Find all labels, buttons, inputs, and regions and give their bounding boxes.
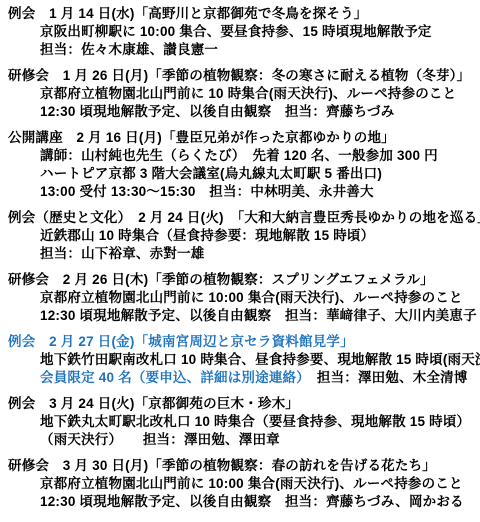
event-heading: 例会（歴史と文化） 2 月 24 日(火) 「大和大納言豊臣秀長ゆかりの地を巡る… [8, 209, 480, 227]
event-entry-kokaikoza-feb16: 公開講座 2 月 16 日(月)「豊臣兄弟が作った京都ゆかりの地」 講師：山村純… [8, 129, 480, 201]
event-entry-reikai-feb27-highlighted: 例会 2 月 27 日(金)「城南宮周辺と京セラ資料館見学」 地下鉄竹田駅南改札… [8, 333, 480, 387]
event-staff: 担当：佐々木康雄、讃良憲一 [8, 41, 480, 59]
event-schedule-document: 例会 1 月 14 日(水)「高野川と京都御苑で冬鳥を探そう」 京阪出町柳駅に … [0, 0, 480, 511]
event-detail: 京都府立植物園北山門前に 10:00 集合(雨天決行)、ルーペ持参のこと [8, 475, 480, 493]
event-entry-kenshukai-mar30: 研修会 3 月 30 日(月)「季節の植物観察：春の訪れを告げる花たち」 京都府… [8, 457, 480, 511]
event-entry-reikai-jan14: 例会 1 月 14 日(水)「高野川と京都御苑で冬鳥を探そう」 京阪出町柳駅に … [8, 5, 480, 59]
event-staff: 担当：山下裕章、赤對一雄 [8, 245, 480, 263]
event-staff: 12:30 頃現地解散予定、以後自由観察 担当：華﨑律子、大川内美恵子 [8, 307, 480, 325]
event-detail: 地下鉄丸太町駅北改札口 10 時集合（要昼食持参、現地解散 15 時頃） [8, 413, 480, 431]
event-heading-highlighted: 例会 2 月 27 日(金)「城南宮周辺と京セラ資料館見学」 [8, 333, 480, 351]
event-entry-reikai-mar24: 例会 3 月 24 日(火)「京都御苑の巨木・珍木」 地下鉄丸太町駅北改札口 1… [8, 395, 480, 449]
event-venue: ハートピア京都 3 階大会議室(烏丸線丸太町駅 5 番出口) [8, 165, 480, 183]
event-lecturer: 講師：山村純也先生（らくたび） 先着 120 名、一般参加 300 円 [8, 147, 480, 165]
event-staff: （雨天決行） 担当：澤田勉、澤田章 [8, 431, 480, 449]
event-detail: 京都府立植物園北山門前に 10:00 集合(雨天決行)、ルーペ持参のこと [8, 289, 480, 307]
event-detail: 地下鉄竹田駅南改札口 10 時集合、昼食持参要、現地解散 15 時頃(雨天決行) [8, 351, 480, 369]
event-note-line: 会員限定 40 名（要申込、詳細は別途連絡） 担当：澤田勉、木全清博 [8, 369, 480, 387]
event-detail: 京阪出町柳駅に 10:00 集合、要昼食持参、15 時頃現地解散予定 [8, 23, 480, 41]
event-heading: 例会 3 月 24 日(火)「京都御苑の巨木・珍木」 [8, 395, 480, 413]
event-heading: 研修会 1 月 26 日(月)「季節の植物観察：冬の寒さに耐える植物（冬芽）」 [8, 67, 480, 85]
event-detail: 近鉄郡山 10 時集合（昼食持参要：現地解散 15 時頃） [8, 227, 480, 245]
event-staff: 担当：澤田勉、木全清博 [303, 370, 467, 385]
event-heading: 研修会 3 月 30 日(月)「季節の植物観察：春の訪れを告げる花たち」 [8, 457, 480, 475]
event-heading: 研修会 2 月 26 日(木)「季節の植物観察：スプリングエフェメラル」 [8, 271, 480, 289]
event-detail: 京都府立植物園北山門前に 10 時集合(雨天決行)、ルーペ持参のこと [8, 85, 480, 103]
event-entry-reikai-rekishi-feb24: 例会（歴史と文化） 2 月 24 日(火) 「大和大納言豊臣秀長ゆかりの地を巡る… [8, 209, 480, 263]
member-limit-note: 会員限定 40 名（要申込、詳細は別途連絡） [40, 370, 303, 385]
event-heading: 公開講座 2 月 16 日(月)「豊臣兄弟が作った京都ゆかりの地」 [8, 129, 480, 147]
event-staff: 12:30 頃現地解散予定、以後自由観察 担当：齊藤ちづみ [8, 103, 480, 121]
event-entry-kenshukai-jan26: 研修会 1 月 26 日(月)「季節の植物観察：冬の寒さに耐える植物（冬芽）」 … [8, 67, 480, 121]
event-heading: 例会 1 月 14 日(水)「高野川と京都御苑で冬鳥を探そう」 [8, 5, 480, 23]
event-staff: 12:30 頃現地解散予定、以後自由観察 担当：齊藤ちづみ、岡かおる [8, 493, 480, 511]
event-entry-kenshukai-feb26: 研修会 2 月 26 日(木)「季節の植物観察：スプリングエフェメラル」 京都府… [8, 271, 480, 325]
event-staff: 13:00 受付 13:30～15:30 担当：中林明美、永井善大 [8, 183, 480, 201]
